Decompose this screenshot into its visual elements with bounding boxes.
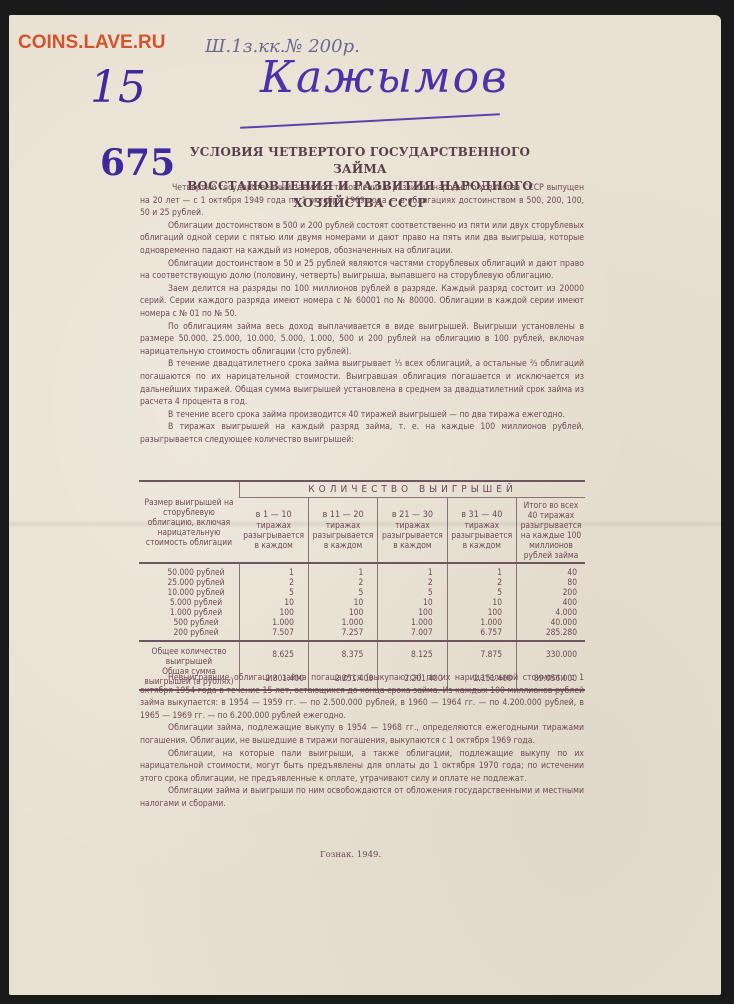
col-header-draws-21-30: в 21 — 30тиражах разыгрывается в каждом xyxy=(378,498,447,564)
col-header-draws-1-10: в 1 — 10тиражах разыгрывается в каждом xyxy=(240,498,309,564)
terms-text-top: Четвертый государственный заем восстанов… xyxy=(140,182,584,446)
winnings-table: Размер выигрышей на сторублевую облигаци… xyxy=(139,480,585,691)
paragraph: В течение двадцатилетнего срока займа вы… xyxy=(140,358,584,408)
paragraph: В течение всего срока займа производится… xyxy=(140,409,584,422)
table-row: 25.000 рублей 2 2 2 2 80 xyxy=(139,577,585,587)
table-row: 500 рублей 1.000 1.000 1.000 1.000 40.00… xyxy=(139,617,585,627)
totals-row-count: Общее количество выигрышей 8.625 8.375 8… xyxy=(139,641,585,666)
paragraph: Облигации займа и выигрыши по ним освобо… xyxy=(140,785,584,810)
group-header: КОЛИЧЕСТВО ВЫИГРЫШЕЙ xyxy=(240,481,586,498)
col-header-draws-31-40: в 31 — 40тиражах разыгрывается в каждом xyxy=(447,498,516,564)
table-row: 1.000 рублей 100 100 100 100 4.000 xyxy=(139,607,585,617)
table-row: 200 рублей 7.507 7.257 7.007 6.757 285.2… xyxy=(139,627,585,641)
paragraph: Четвертый государственный заем восстанов… xyxy=(140,182,584,220)
col-header-total: Итого во всех 40 тиражах разыгрывается н… xyxy=(517,498,586,564)
watermark: COINS.LAVE.RU xyxy=(18,32,165,54)
table-row: 10.000 рублей 5 5 5 5 200 xyxy=(139,587,585,597)
handwritten-surname: Кажымов xyxy=(260,52,509,103)
paragraph: Невыигравшие облигации займа погашаются … xyxy=(140,672,584,722)
paragraph: Облигации достоинством в 50 и 25 рублей … xyxy=(140,258,584,283)
printer-imprint: Гознак. 1949. xyxy=(320,850,381,860)
handwritten-number-15: 15 xyxy=(90,62,146,113)
paragraph: Заем делится на разряды по 100 миллионов… xyxy=(140,283,584,321)
table-row: 50.000 рублей 1 1 1 1 40 xyxy=(139,563,585,577)
paragraph: Облигации достоинством в 500 и 200 рубле… xyxy=(140,220,584,258)
col-header-draws-11-20: в 11 — 20тиражах разыгрывается в каждом xyxy=(308,498,377,564)
table-row: 5.000 рублей 10 10 10 10 400 xyxy=(139,597,585,607)
paragraph: Облигации, на которые пали выигрыши, а т… xyxy=(140,748,584,786)
paragraph: В тиражах выигрышей на каждый разряд зай… xyxy=(140,421,584,446)
col-header-prize-size: Размер выигрышей на сторублевую облигаци… xyxy=(139,481,240,563)
handwritten-number-675: 675 xyxy=(100,142,175,184)
terms-text-bottom: Невыигравшие облигации займа погашаются … xyxy=(140,672,584,811)
paragraph: Облигации займа, подлежащие выкупу в 195… xyxy=(140,722,584,747)
paragraph: По облигациям займа весь доход выплачива… xyxy=(140,321,584,359)
title-line-1: УСЛОВИЯ ЧЕТВЕРТОГО ГОСУДАРСТВЕННОГО ЗАЙМ… xyxy=(170,144,550,178)
